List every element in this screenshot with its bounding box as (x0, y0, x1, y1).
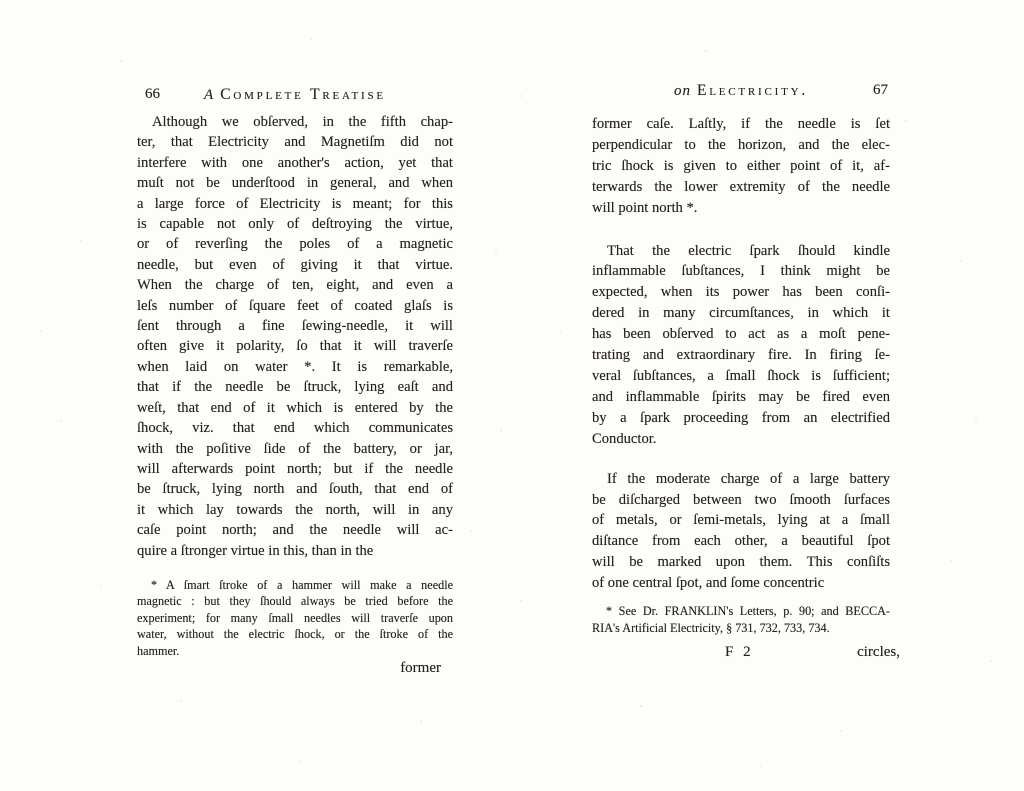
text-line: Conductor. (592, 429, 890, 450)
text-line: perpendicular to the horizon, and the el… (592, 135, 890, 156)
text-line: muſt not be underſtood in general, and w… (137, 173, 453, 193)
text-line: dered in many circumſtances, in which it (592, 303, 890, 324)
text-line: by a ſpark proceeding from an electrifie… (592, 408, 890, 429)
text-line: * A ſmart ſtroke of a hammer will make a… (137, 577, 453, 593)
text-line: trating and extraordinary fire. In firin… (592, 345, 890, 366)
text-line: interfere with one another's action, yet… (137, 153, 453, 173)
text-line: ſhock, viz. that end which communicates (137, 418, 453, 438)
text-line: will point north *. (592, 198, 890, 219)
text-line: needle, but even of giving it that virtu… (137, 255, 453, 275)
text-line: When the charge of ten, eight, and even … (137, 275, 453, 295)
text-line: a large force of Electricity is meant; f… (137, 194, 453, 214)
text-line: or of reverſing the poles of a magnetic (137, 234, 453, 254)
text-line: and inflammable ſpirits may be fired eve… (592, 387, 890, 408)
text-line: former caſe. Laſtly, if the needle is ſe… (592, 114, 890, 135)
text-line: ſent through a fine ſewing-needle, it wi… (137, 316, 453, 336)
left-running-header: 66 AComplete Treatise (137, 86, 453, 107)
left-page-number: 66 (145, 86, 160, 103)
right-footnote: * See Dr. FRANKLIN's Letters, p. 90; and… (592, 603, 890, 638)
left-page: 66 AComplete Treatise Although we obſerv… (137, 86, 453, 680)
text-line: will be marked upon them. This conſiſts (592, 552, 890, 573)
left-body-text: Although we obſerved, in the fifth chap-… (137, 112, 453, 561)
left-catchword-row: former (137, 660, 453, 680)
running-title-text-right: Electricity. (697, 82, 808, 99)
text-line: weſt, that end of it which is entered by… (137, 398, 453, 418)
scan-noise (0, 0, 2, 2)
left-footnote: * A ſmart ſtroke of a hammer will make a… (137, 577, 453, 659)
text-line: when laid on water *. It is remarkable, (137, 357, 453, 377)
text-line: of metals, or ſemi-metals, lying at a ſm… (592, 510, 890, 531)
text-line: with the poſitive ſide of the battery, o… (137, 439, 453, 459)
right-running-title: onElectricity. (592, 82, 890, 100)
text-line: is capable not only of deſtroying the vi… (137, 214, 453, 234)
text-line: has been obſerved to act as a moſt pene- (592, 324, 890, 345)
text-line: experiment; for many ſmall needles will … (137, 610, 453, 626)
running-title-prefix-right: on (674, 83, 691, 99)
left-catchword: former (400, 660, 441, 677)
right-signature-row: F 2 circles, (592, 644, 890, 664)
text-line: that if the needle be ſtruck, lying eaſt… (137, 377, 453, 397)
text-line: inflammable ſubſtances, I think might be (592, 261, 890, 282)
right-paragraph-2: That the electric ſpark ſhould kindleinf… (592, 241, 890, 450)
text-line: expected, when its power has been conſi- (592, 282, 890, 303)
book-scan-canvas: 66 AComplete Treatise Although we obſerv… (0, 0, 1024, 791)
text-line: quire a ſtronger virtue in this, than in… (137, 541, 453, 561)
text-line: often give it polarity, ſo that it will … (137, 336, 453, 356)
text-line: RIA's Artificial Electricity, § 731, 732… (592, 620, 890, 637)
text-line: veral ſubſtances, a ſmall ſhock is ſuffi… (592, 366, 890, 387)
text-line: terwards the lower extremity of the need… (592, 177, 890, 198)
text-line: of one central ſpot, and ſome concentric (592, 573, 890, 594)
signature-mark: F 2 (725, 644, 754, 661)
text-line: That the electric ſpark ſhould kindle (592, 241, 890, 262)
text-line: water, without the electric ſhock, or th… (137, 626, 453, 642)
text-line: * See Dr. FRANKLIN's Letters, p. 90; and… (592, 603, 890, 620)
text-line: will afterwards point north; but if the … (137, 459, 453, 479)
text-line: caſe point north; and the needle will ac… (137, 520, 453, 540)
text-line: If the moderate charge of a large batter… (592, 469, 890, 490)
text-line: diſtance from each other, a beautiful ſp… (592, 531, 890, 552)
left-running-title: AComplete Treatise (137, 86, 453, 104)
text-line: ter, that Electricity and Magnetiſm did … (137, 132, 453, 152)
right-paragraph-3: If the moderate charge of a large batter… (592, 469, 890, 594)
text-line: hammer. (137, 643, 453, 659)
text-line: be diſcharged between two ſmooth ſurface… (592, 490, 890, 511)
text-line: Although we obſerved, in the fifth chap- (137, 112, 453, 132)
right-catchword: circles, (857, 644, 900, 661)
right-running-header: onElectricity. 67 (592, 82, 890, 103)
running-title-text-left: Complete Treatise (220, 86, 386, 103)
right-page-number: 67 (873, 82, 888, 99)
text-line: it which lay towards the north, will in … (137, 500, 453, 520)
right-page: onElectricity. 67 former caſe. Laſtly, i… (592, 82, 890, 664)
text-line: leſs number of ſquare feet of coated gla… (137, 296, 453, 316)
running-title-prefix-left: A (204, 87, 214, 103)
text-line: tric ſhock is given to either point of i… (592, 156, 890, 177)
right-paragraph-1: former caſe. Laſtly, if the needle is ſe… (592, 114, 890, 219)
text-line: magnetic : but they ſhould always be tri… (137, 593, 453, 609)
text-line: be ſtruck, lying north and ſouth, that e… (137, 479, 453, 499)
